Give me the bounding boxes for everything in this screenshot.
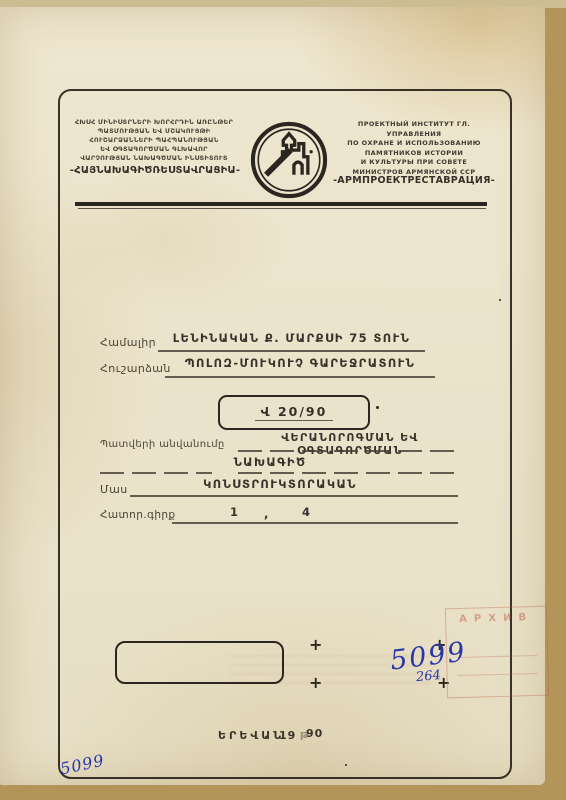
empty-archive-box — [115, 641, 284, 684]
header-divider-thick — [75, 202, 487, 206]
institute-line: ՊԱՏՄՈՒԹՅԱՆ ԵՎ ՄՇԱԿՈՒՅԹԻ — [68, 127, 240, 136]
archive-stamp-text: АРХИВ — [446, 612, 546, 626]
armenian-church-emblem-icon — [248, 119, 330, 201]
city-label: ԵՐԵՎԱՆ — [218, 729, 284, 742]
complex-value: ԼԵՆԻՆԱԿԱՆ Ք. ՄԱՐՔՍԻ 75 ՏՈՒՆ — [158, 331, 425, 345]
volume-separator: , — [264, 507, 270, 521]
header-divider-thin — [78, 208, 486, 209]
year-value: 90 — [306, 727, 323, 740]
volume-value-1: 1 — [230, 505, 239, 519]
order-name-label: Պատվերի անվանումը — [100, 439, 225, 450]
ink-speck — [376, 406, 379, 409]
part-underline — [130, 495, 458, 497]
registration-mark: + — [309, 673, 322, 692]
order-underline-2b — [238, 472, 458, 474]
institute-line: ПАМЯТНИКОВ ИСТОРИИ — [332, 149, 496, 159]
institute-line: И КУЛЬТУРЫ ПРИ СОВЕТЕ — [332, 158, 496, 168]
institute-line: ՀԽՍՀ ՄԻՆԻՍՏՐՆԵՐԻ ԽՈՐՀՐԴԻՆ ԱՌԸՆԹԵՐ — [68, 118, 240, 127]
ink-speck — [345, 764, 347, 766]
institute-line: ԵՎ ՕԳՏԱԳՈՐԾՄԱՆ ԳԼԽԱՎՈՐ — [68, 145, 240, 154]
stamp-line — [458, 673, 538, 676]
monument-label: Հուշարձան — [100, 362, 171, 375]
ink-speck — [499, 299, 501, 301]
scanned-document: ՀԽՍՀ ՄԻՆԻՍՏՐՆԵՐԻ ԽՈՐՀՐԴԻՆ ԱՌԸՆԹԵՐ ՊԱՏՄՈՒ… — [0, 0, 566, 800]
volume-label: Հատոր.գիրք — [100, 509, 176, 521]
year-prefix: 19 — [279, 729, 296, 742]
institute-line: ՀՈՒՇԱՐՁԱՆՆԵՐԻ ՊԱՀՊԱՆՈՒԹՅԱՆ — [68, 136, 240, 145]
handwritten-note: 264 — [415, 668, 441, 685]
order-value-line1: ՎԵՐԱՆՈՐՈԳՄԱՆ ԵՎ ՕԳՏԱԳՈՐԾՄԱՆ — [240, 431, 460, 457]
paper-sheet: ՀԽՍՀ ՄԻՆԻՍՏՐՆԵՐԻ ԽՈՐՀՐԴԻՆ ԱՌԸՆԹԵՐ ՊԱՏՄՈՒ… — [0, 7, 545, 785]
project-code-box: Վ 20/90 — [218, 395, 370, 430]
volume-value-2: 4 — [302, 505, 311, 519]
org-name-russian: -АРМПРОЕКТРЕСТАВРАЦИЯ- — [330, 175, 498, 186]
order-underline-2a — [100, 472, 212, 474]
part-value: ԿՈՆՍՏՐՈՒԿՏՈՐԱԿԱՆ — [160, 477, 400, 491]
institute-line: ПРОЕКТНЫЙ ИНСТИТУТ ГЛ. УПРАВЛЕНИЯ — [332, 120, 496, 139]
part-label: Մաս — [100, 483, 128, 496]
org-name-armenian: -ՀԱՅՆԱԽԱԳԻԾՌԵՍՏԱՎՐԱՑԻԱ- — [60, 165, 250, 176]
registration-mark: + — [309, 635, 322, 654]
volume-underline — [172, 522, 458, 524]
stamp-line — [457, 655, 537, 658]
project-code-value: Վ 20/90 — [255, 404, 334, 421]
complex-label: Համալիր — [100, 336, 156, 349]
order-value-line2: ՆԱԽԱԳԻԾ — [210, 455, 330, 469]
monument-underline — [165, 376, 435, 378]
institute-name-russian: ПРОЕКТНЫЙ ИНСТИТУТ ГЛ. УПРАВЛЕНИЯ ПО ОХР… — [332, 120, 496, 177]
complex-underline — [158, 350, 425, 352]
institute-line: ՎԱՐՉՈՒԹՅԱՆ ՆԱԽԱԳԾՄԱՆ ԻՆՍՏԻՏՈՒՏ — [68, 154, 240, 163]
order-underline-1 — [238, 450, 458, 452]
monument-value: ՊՈԼՈԶ-ՄՈՒԿՈՒՉ ԳԱՐԵՋՐԱՏՈՒՆ — [165, 356, 435, 370]
institute-line: ПО ОХРАНЕ И ИСПОЛЬЗОВАНИЮ — [332, 139, 496, 149]
institute-name-armenian: ՀԽՍՀ ՄԻՆԻՍՏՐՆԵՐԻ ԽՈՐՀՐԴԻՆ ԱՌԸՆԹԵՐ ՊԱՏՄՈՒ… — [68, 118, 240, 163]
